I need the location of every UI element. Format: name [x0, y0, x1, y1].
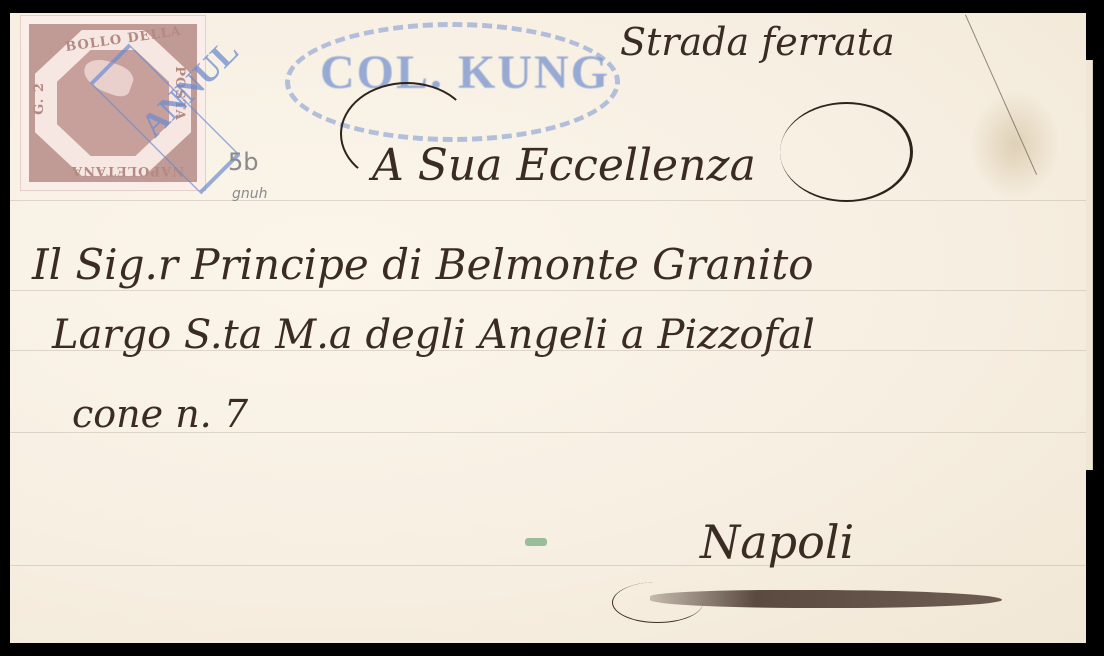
ruled-line	[10, 565, 1086, 566]
handwritten-salutation: A Sua Eccellenza	[372, 140, 756, 191]
flourish-stroke	[780, 102, 913, 202]
stamp-bottom-text: NAPOLETANA	[71, 163, 184, 178]
ruled-line	[10, 290, 1086, 291]
ruled-line	[10, 200, 1086, 201]
handwritten-destination: Napoli	[700, 515, 854, 569]
flourish-underline	[650, 590, 1002, 608]
pencil-scribble: gnuh	[232, 186, 268, 202]
handwritten-note-top: Strada ferrata	[620, 20, 895, 64]
flourish-stroke	[612, 582, 703, 623]
stamp-value-text: G. 2	[32, 82, 47, 115]
handwritten-address-line-3: cone n. 7	[72, 392, 248, 436]
foxing-stain	[970, 90, 1060, 200]
oval-postmark-text: COL. KUNG	[320, 45, 610, 100]
handwritten-address-line-1: Il Sig.r Principe di Belmonte Granito	[32, 240, 814, 289]
pencil-catalog-number: 5b	[228, 148, 259, 176]
ink-spot	[525, 538, 547, 546]
handwritten-address-line-2: Largo S.ta M.a degli Angeli a Pizzofal	[52, 312, 815, 358]
